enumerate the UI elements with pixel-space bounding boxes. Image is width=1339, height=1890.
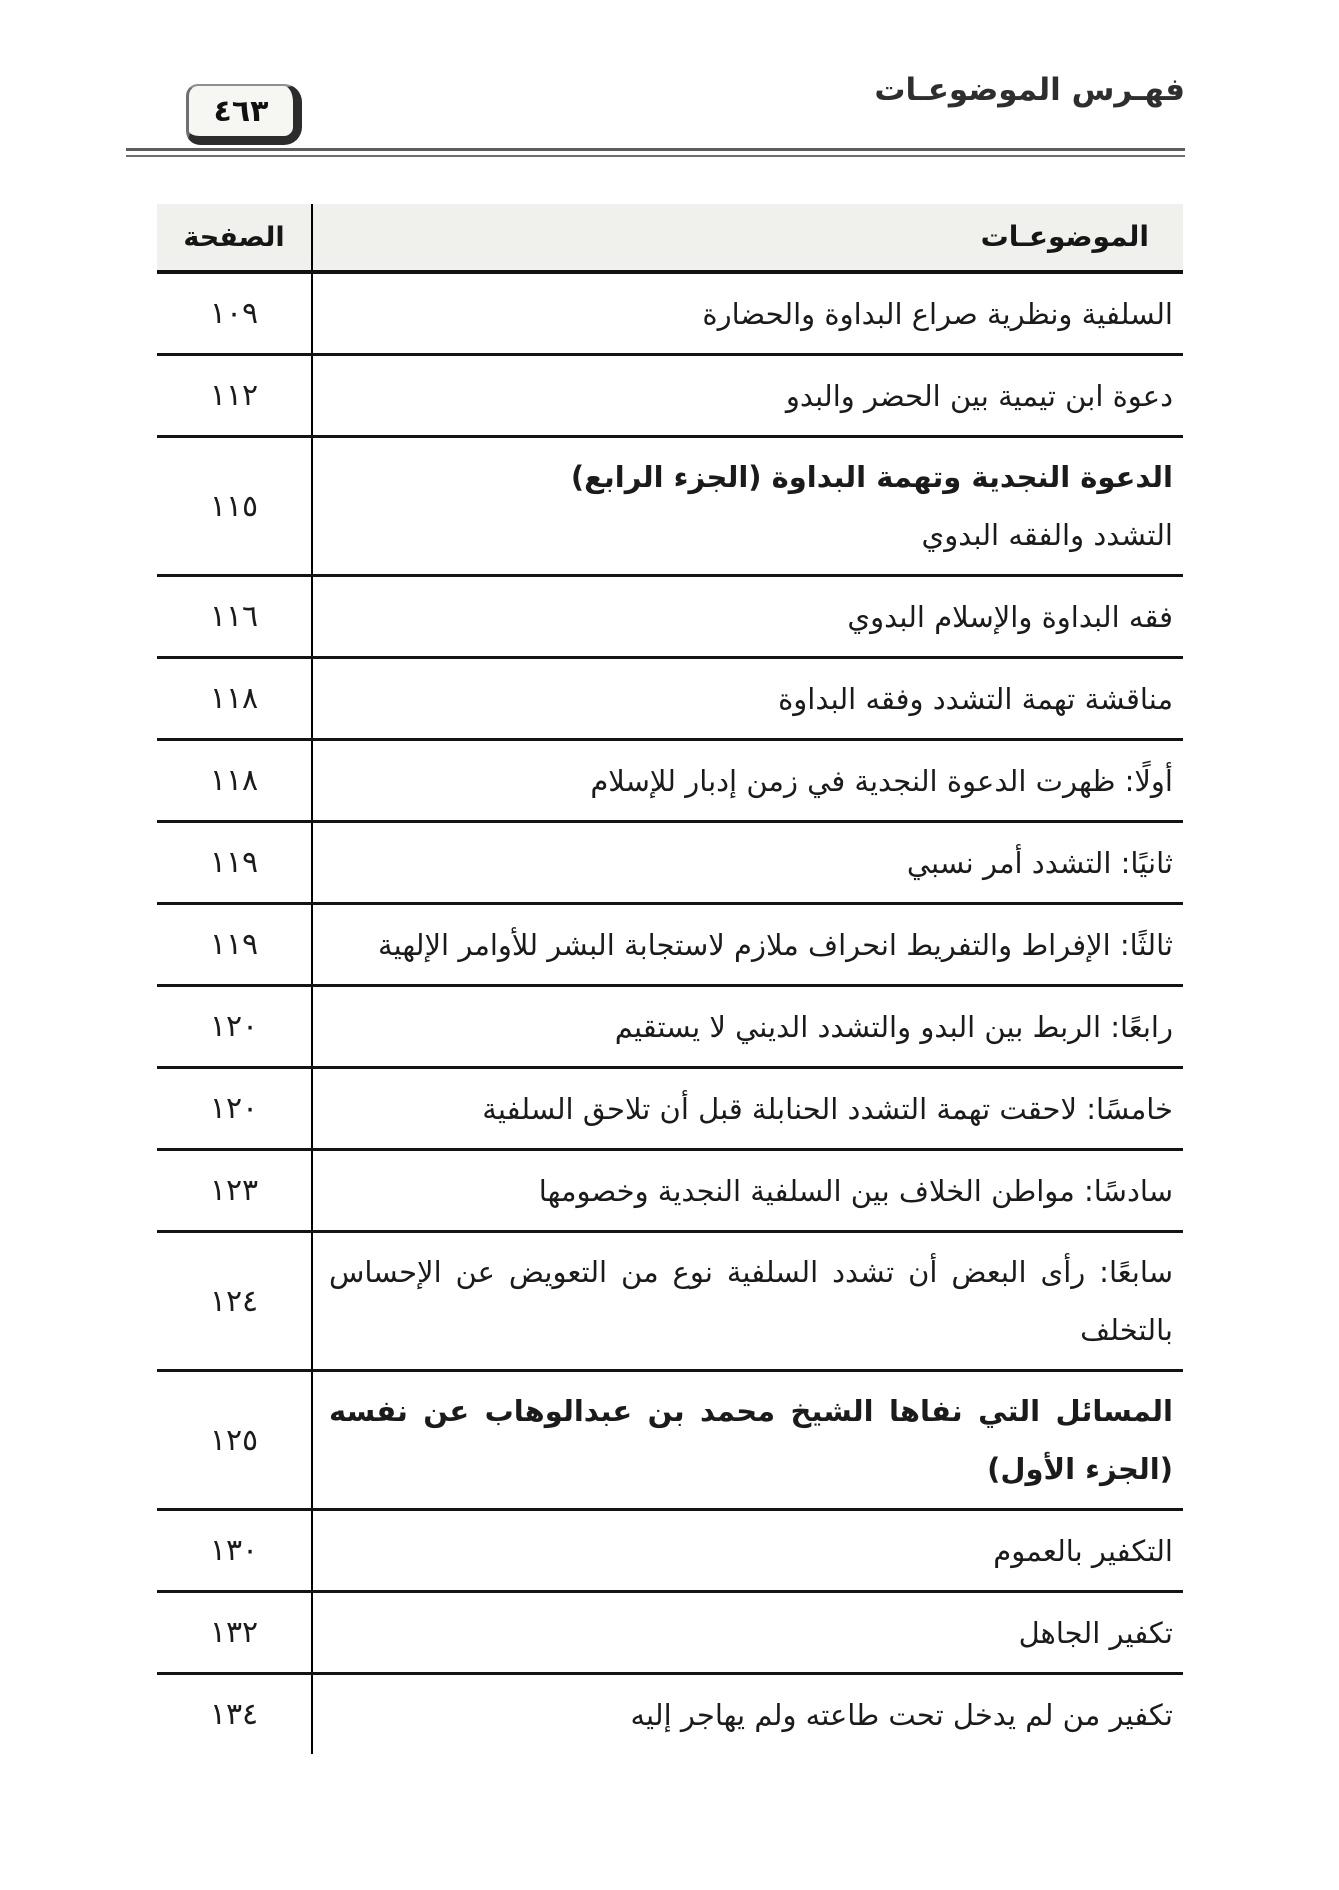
page-number: ١٢٥ (157, 1372, 313, 1508)
page-number: ١١٢ (157, 356, 313, 435)
page-number: ١٢٠ (157, 1069, 313, 1148)
page-number: ١١٨ (157, 741, 313, 820)
page-title: فهـرس الموضوعـات (874, 72, 1185, 108)
topic-line: بالتخلف (329, 1301, 1173, 1359)
toc-row: سادسًا: مواطن الخلاف بين السلفية النجدية… (157, 1151, 1183, 1233)
page-number: ١٢٠ (157, 987, 313, 1066)
header-divider-rule (126, 148, 1185, 157)
topic-line: دعوة ابن تيمية بين الحضر والبدو (329, 367, 1173, 425)
topic-cell: فقه البداوة والإسلام البدوي (313, 577, 1183, 656)
page-header: فهـرس الموضوعـات ٤٦٣ (126, 68, 1185, 144)
topic-line: خامسًا: لاحقت تهمة التشدد الحنابلة قبل أ… (329, 1080, 1173, 1138)
page-number: ١١٨ (157, 659, 313, 738)
toc-row: سابعًا: رأى البعض أن تشدد السلفية نوع من… (157, 1233, 1183, 1372)
topic-line: سادسًا: مواطن الخلاف بين السلفية النجدية… (329, 1162, 1173, 1220)
topic-cell: تكفير الجاهل (313, 1593, 1183, 1672)
toc-row: خامسًا: لاحقت تهمة التشدد الحنابلة قبل أ… (157, 1069, 1183, 1151)
page-number: ١٠٩ (157, 274, 313, 353)
topic-cell: أولًا: ظهرت الدعوة النجدية في زمن إدبار … (313, 741, 1183, 820)
topic-cell: سادسًا: مواطن الخلاف بين السلفية النجدية… (313, 1151, 1183, 1230)
toc-row: رابعًا: الربط بين البدو والتشدد الديني ل… (157, 987, 1183, 1069)
toc-row: مناقشة تهمة التشدد وفقه البداوة١١٨ (157, 659, 1183, 741)
toc-row: ثالثًا: الإفراط والتفريط انحراف ملازم لا… (157, 905, 1183, 987)
topic-cell: دعوة ابن تيمية بين الحضر والبدو (313, 356, 1183, 435)
toc-row: تكفير الجاهل١٣٢ (157, 1593, 1183, 1675)
toc-row: المسائل التي نفاها الشيخ محمد بن عبدالوه… (157, 1372, 1183, 1511)
topic-line: التكفير بالعموم (329, 1522, 1173, 1580)
folio-page-number: ٤٦٣ (214, 94, 269, 129)
topic-line: سابعًا: رأى البعض أن تشدد السلفية نوع من… (329, 1243, 1173, 1301)
page-number: ١٣٠ (157, 1511, 313, 1590)
topic-cell: خامسًا: لاحقت تهمة التشدد الحنابلة قبل أ… (313, 1069, 1183, 1148)
topics-column-header: الموضوعـات (313, 204, 1183, 270)
page-number: ١١٩ (157, 823, 313, 902)
topic-line: رابعًا: الربط بين البدو والتشدد الديني ل… (329, 998, 1173, 1056)
topic-line: التشدد والفقه البدوي (329, 506, 1173, 564)
toc-header-row: الموضوعـات الصفحة (157, 204, 1183, 274)
book-page: فهـرس الموضوعـات ٤٦٣ الموضوعـات الصفحة ا… (0, 0, 1339, 1890)
topic-line: ثالثًا: الإفراط والتفريط انحراف ملازم لا… (329, 916, 1173, 974)
page-number: ١٢٤ (157, 1233, 313, 1369)
topic-cell: رابعًا: الربط بين البدو والتشدد الديني ل… (313, 987, 1183, 1066)
topic-line: تكفير من لم يدخل تحت طاعته ولم يهاجر إلي… (329, 1686, 1173, 1744)
topic-cell: ثانيًا: التشدد أمر نسبي (313, 823, 1183, 902)
page-number: ١٢٣ (157, 1151, 313, 1230)
topic-line: السلفية ونظرية صراع البداوة والحضارة (329, 285, 1173, 343)
page-number: ١١٥ (157, 438, 313, 574)
page-number-box: ٤٦٣ (186, 84, 302, 145)
page-column-header: الصفحة (157, 204, 313, 270)
topic-line: أولًا: ظهرت الدعوة النجدية في زمن إدبار … (329, 752, 1173, 810)
topic-cell: الدعوة النجدية وتهمة البداوة (الجزء الرا… (313, 438, 1183, 574)
topic-line: تكفير الجاهل (329, 1604, 1173, 1662)
toc-table: الموضوعـات الصفحة السلفية ونظرية صراع ال… (157, 204, 1183, 1758)
topic-cell: مناقشة تهمة التشدد وفقه البداوة (313, 659, 1183, 738)
topic-cell: السلفية ونظرية صراع البداوة والحضارة (313, 274, 1183, 353)
toc-row: فقه البداوة والإسلام البدوي١١٦ (157, 577, 1183, 659)
topic-line: مناقشة تهمة التشدد وفقه البداوة (329, 670, 1173, 728)
page-number: ١١٦ (157, 577, 313, 656)
toc-row: تكفير من لم يدخل تحت طاعته ولم يهاجر إلي… (157, 1675, 1183, 1758)
topic-cell: التكفير بالعموم (313, 1511, 1183, 1590)
topic-line: المسائل التي نفاها الشيخ محمد بن عبدالوه… (329, 1382, 1173, 1440)
toc-row: الدعوة النجدية وتهمة البداوة (الجزء الرا… (157, 438, 1183, 577)
topic-line: فقه البداوة والإسلام البدوي (329, 588, 1173, 646)
topic-cell: سابعًا: رأى البعض أن تشدد السلفية نوع من… (313, 1233, 1183, 1369)
topic-line: (الجزء الأول) (329, 1440, 1173, 1498)
page-number: ١١٩ (157, 905, 313, 984)
topic-cell: تكفير من لم يدخل تحت طاعته ولم يهاجر إلي… (313, 1675, 1183, 1754)
topic-line: ثانيًا: التشدد أمر نسبي (329, 834, 1173, 892)
topic-line: الدعوة النجدية وتهمة البداوة (الجزء الرا… (329, 448, 1173, 506)
toc-row: أولًا: ظهرت الدعوة النجدية في زمن إدبار … (157, 741, 1183, 823)
page-number: ١٣٢ (157, 1593, 313, 1672)
topic-cell: ثالثًا: الإفراط والتفريط انحراف ملازم لا… (313, 905, 1183, 984)
toc-row: التكفير بالعموم١٣٠ (157, 1511, 1183, 1593)
toc-row: ثانيًا: التشدد أمر نسبي١١٩ (157, 823, 1183, 905)
toc-row: السلفية ونظرية صراع البداوة والحضارة١٠٩ (157, 274, 1183, 356)
page-number: ١٣٤ (157, 1675, 313, 1754)
topic-cell: المسائل التي نفاها الشيخ محمد بن عبدالوه… (313, 1372, 1183, 1508)
toc-row: دعوة ابن تيمية بين الحضر والبدو١١٢ (157, 356, 1183, 438)
